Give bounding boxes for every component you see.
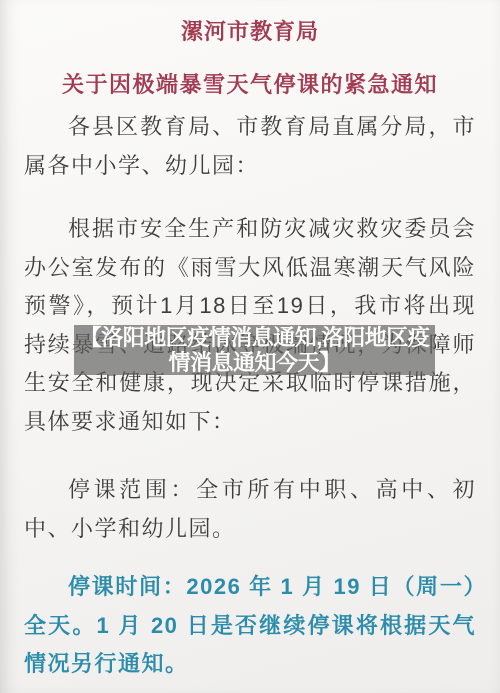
watermark-line-2: 情消息通知今天】 bbox=[168, 350, 340, 375]
salutation-paragraph: 各县区教育局、市教育局直属分局，市属各中小学、幼儿园： bbox=[24, 108, 476, 185]
notice-title: 关于因极端暴雪天气停课的紧急通知 bbox=[24, 67, 476, 103]
time-paragraph: 停课时间：2026 年 1 月 19 日（周一）全天。1 月 20 日是否继续停… bbox=[24, 568, 476, 684]
scope-paragraph: 停课范围：全市所有中职、高中、初中、小学和幼儿园。 bbox=[24, 471, 476, 548]
watermark-overlay: 【洛阳地区疫情消息通知,洛阳地区疫 情消息通知今天】 bbox=[74, 325, 435, 375]
watermark-line-1: 【洛阳地区疫情消息通知,洛阳地区疫 bbox=[80, 325, 430, 350]
notice-page: 漯河市教育局 关于因极端暴雪天气停课的紧急通知 各县区教育局、市教育局直属分局，… bbox=[0, 0, 500, 693]
org-name: 漯河市教育局 bbox=[24, 14, 476, 50]
